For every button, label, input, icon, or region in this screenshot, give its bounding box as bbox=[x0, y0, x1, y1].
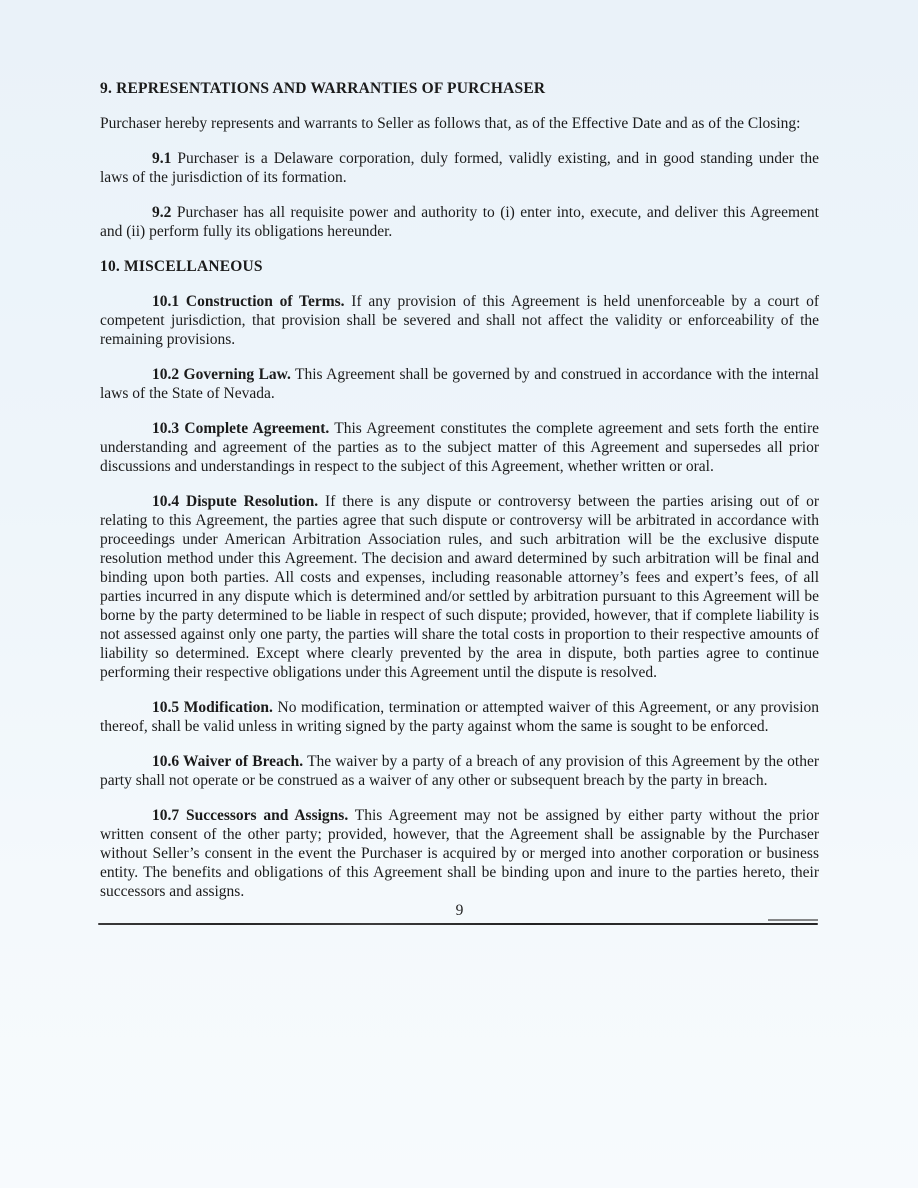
clause-9-2-number: 9.2 bbox=[152, 204, 171, 221]
clause-9-2: 9.2 Purchaser has all requisite power an… bbox=[100, 203, 819, 241]
document-page: 9. REPRESENTATIONS AND WARRANTIES OF PUR… bbox=[0, 0, 918, 1188]
clause-10-5-title: 10.5 Modification. bbox=[152, 699, 273, 716]
footer-rule bbox=[98, 923, 818, 925]
page-content: 9. REPRESENTATIONS AND WARRANTIES OF PUR… bbox=[100, 79, 819, 901]
clause-9-1: 9.1 Purchaser is a Delaware corporation,… bbox=[100, 149, 819, 187]
intro-paragraph: Purchaser hereby represents and warrants… bbox=[100, 114, 819, 133]
clause-10-1: 10.1 Construction of Terms. If any provi… bbox=[100, 292, 819, 349]
section-10-heading: 10. MISCELLANEOUS bbox=[100, 257, 819, 276]
clause-9-2-text: Purchaser has all requisite power and au… bbox=[100, 204, 819, 240]
clause-10-7-title: 10.7 Successors and Assigns. bbox=[152, 807, 348, 824]
clause-10-1-title: 10.1 Construction of Terms. bbox=[152, 293, 345, 310]
clause-10-5: 10.5 Modification. No modification, term… bbox=[100, 698, 819, 736]
clause-10-3: 10.3 Complete Agreement. This Agreement … bbox=[100, 419, 819, 476]
clause-10-6-title: 10.6 Waiver of Breach. bbox=[152, 753, 303, 770]
clause-10-4-title: 10.4 Dispute Resolution. bbox=[152, 493, 318, 510]
clause-10-3-title: 10.3 Complete Agreement. bbox=[152, 420, 329, 437]
page-number: 9 bbox=[100, 901, 819, 920]
clause-10-4-text: If there is any dispute or controversy b… bbox=[100, 493, 819, 681]
section-9-heading: 9. REPRESENTATIONS AND WARRANTIES OF PUR… bbox=[100, 79, 819, 98]
clause-9-1-text: Purchaser is a Delaware corporation, dul… bbox=[100, 150, 819, 186]
clause-10-2: 10.2 Governing Law. This Agreement shall… bbox=[100, 365, 819, 403]
footer-rule-scan-artifact bbox=[768, 919, 818, 921]
clause-10-7: 10.7 Successors and Assigns. This Agreem… bbox=[100, 806, 819, 901]
clause-10-6: 10.6 Waiver of Breach. The waiver by a p… bbox=[100, 752, 819, 790]
clause-9-1-number: 9.1 bbox=[152, 150, 171, 167]
clause-10-4: 10.4 Dispute Resolution. If there is any… bbox=[100, 492, 819, 682]
clause-10-2-title: 10.2 Governing Law. bbox=[152, 366, 291, 383]
